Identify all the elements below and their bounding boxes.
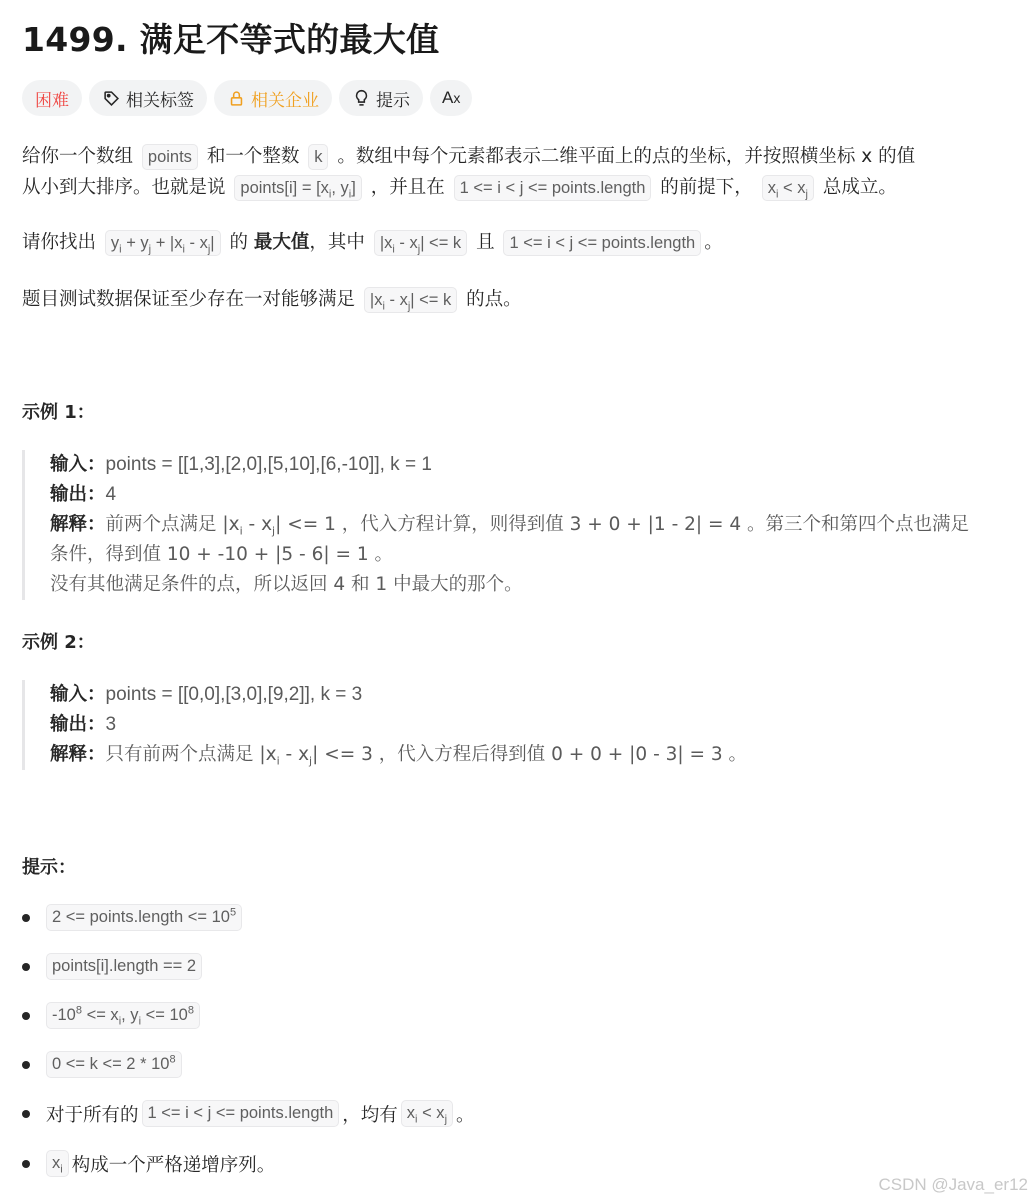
inline-code: 0 <= k <= 2 * 108 <box>46 1051 182 1078</box>
example-1-output: 输出：4 <box>50 480 1032 510</box>
text: 的点。 <box>466 289 522 310</box>
inline-code: yi + yj + |xi - xj| <box>105 230 221 256</box>
lock-icon <box>227 89 245 107</box>
bullet <box>22 1012 30 1020</box>
constraint-item: -108 <= xi, yi <= 108 <box>22 1002 203 1029</box>
bullet <box>22 914 30 922</box>
label: 输出： <box>50 484 106 505</box>
inline-code: xi < xj <box>401 1100 453 1127</box>
inline-code: points <box>142 144 198 170</box>
text: 。数组中每个元素都表示二维平面上的点的坐标，并按照横坐标 x 的值 <box>337 146 915 167</box>
inline-code: |xi - xj| <= k <box>364 287 457 313</box>
example-2-input: 输入：points = [[0,0],[3,0],[9,2]], k = 3 <box>50 680 1032 710</box>
value: 4 <box>106 484 117 505</box>
label: 输入： <box>50 684 106 705</box>
problem-title: 1499. 满足不等式的最大值 <box>22 14 439 61</box>
example-1-block: 输入：points = [[1,3],[2,0],[5,10],[6,-10]]… <box>22 450 1032 600</box>
value: points = [[0,0],[3,0],[9,2]], k = 3 <box>106 684 363 705</box>
bold-text: 最大值 <box>254 232 310 253</box>
text: 从小到大排序。也就是说 <box>22 177 226 198</box>
value: points = [[1,3],[2,0],[5,10],[6,-10]], k… <box>106 454 432 475</box>
text: 的 <box>229 232 248 253</box>
inline-code: |xi - xj| <= k <box>374 230 467 256</box>
text: 题目测试数据保证至少存在一对能够满足 <box>22 289 355 310</box>
text: 和一个整数 <box>207 146 300 167</box>
lightbulb-icon <box>352 89 370 107</box>
description-paragraph-2: 请你找出 yi + yj + |xi - xj| 的 最大值，其中 |xi - … <box>22 227 723 259</box>
inline-code: xi < xj <box>762 175 814 201</box>
example-2-output: 输出：3 <box>50 710 1032 740</box>
text: ，其中 <box>309 232 365 253</box>
constraint-item: 2 <= points.length <= 105 <box>22 904 245 931</box>
constraint-item: xi 构成一个严格递增序列。 <box>22 1150 275 1177</box>
inline-code: points[i].length == 2 <box>46 953 202 980</box>
constraints-heading: 提示： <box>22 853 76 879</box>
translate-icon: Ax <box>442 88 460 108</box>
text: 请你找出 <box>22 232 96 253</box>
label: 解释： <box>50 744 106 765</box>
example-2-explanation: 解释：只有前两个点满足 |xi - xj| <= 3 ，代入方程后得到值 0 +… <box>50 740 1032 770</box>
related-tags-button[interactable]: 相关标签 <box>89 80 207 116</box>
constraint-item: 对于所有的 1 <= i < j <= points.length，均有 xi … <box>22 1100 475 1127</box>
watermark: CSDN @Java_er12 <box>878 1175 1028 1195</box>
tag-icon <box>102 89 120 107</box>
text: 对于所有的 <box>46 1101 139 1127</box>
bullet <box>22 1160 30 1168</box>
text: 。 <box>456 1101 475 1127</box>
related-tags-label: 相关标签 <box>126 86 194 111</box>
inline-code: xi <box>46 1150 69 1177</box>
text: 构成一个严格递增序列。 <box>72 1151 276 1177</box>
tag-bar: 困难 相关标签 相关企业 提示 Ax <box>22 80 472 116</box>
inline-code: 1 <= i < j <= points.length <box>454 175 652 201</box>
value: 3 <box>106 714 117 735</box>
related-companies-label: 相关企业 <box>251 86 319 111</box>
text: 给你一个数组 <box>22 146 133 167</box>
example-1-explanation: 解释：前两个点满足 |xi - xj| <= 1 ，代入方程计算，则得到值 3 … <box>50 510 1032 540</box>
inline-code: -108 <= xi, yi <= 108 <box>46 1002 200 1029</box>
bullet <box>22 1061 30 1069</box>
related-companies-button[interactable]: 相关企业 <box>214 80 332 116</box>
example-2-heading: 示例 2： <box>22 628 95 654</box>
example-1-explanation-line-3: 没有其他满足条件的点，所以返回 4 和 1 中最大的那个。 <box>50 570 1032 600</box>
label: 解释： <box>50 514 106 535</box>
inline-code: 1 <= i < j <= points.length <box>503 230 701 256</box>
label: 输入： <box>50 454 106 475</box>
example-1-input: 输入：points = [[1,3],[2,0],[5,10],[6,-10]]… <box>50 450 1032 480</box>
example-2-block: 输入：points = [[0,0],[3,0],[9,2]], k = 3 输… <box>22 680 1032 770</box>
value: 只有前两个点满足 |xi - xj| <= 3 ，代入方程后得到值 0 + 0 … <box>106 744 748 765</box>
hint-label: 提示 <box>376 86 410 111</box>
difficulty-label: 困难 <box>35 86 69 111</box>
inline-code: points[i] = [xi, yi] <box>234 175 361 201</box>
hint-button[interactable]: 提示 <box>339 80 423 116</box>
inline-code: 1 <= i < j <= points.length <box>142 1100 340 1127</box>
text: 总成立。 <box>823 177 897 198</box>
bullet <box>22 1110 30 1118</box>
difficulty-badge[interactable]: 困难 <box>22 80 82 116</box>
constraint-item: 0 <= k <= 2 * 108 <box>22 1051 185 1078</box>
inline-code: 2 <= points.length <= 105 <box>46 904 242 931</box>
description-paragraph-3: 题目测试数据保证至少存在一对能够满足 |xi - xj| <= k 的点。 <box>22 284 522 316</box>
text: 。 <box>704 232 723 253</box>
example-1-heading: 示例 1： <box>22 398 95 424</box>
description-paragraph-1: 给你一个数组 points 和一个整数 k 。数组中每个元素都表示二维平面上的点… <box>22 141 915 173</box>
bullet <box>22 963 30 971</box>
inline-code: k <box>308 144 328 170</box>
description-paragraph-1-line-2: 从小到大排序。也就是说 points[i] = [xi, yi] ，并且在 1 … <box>22 172 897 204</box>
text: ，均有 <box>342 1101 398 1127</box>
example-1-explanation-line-2: 条件，得到值 10 + -10 + |5 - 6| = 1 。 <box>50 540 1032 570</box>
constraint-item: points[i].length == 2 <box>22 953 205 980</box>
text: 且 <box>476 232 495 253</box>
text: ，并且在 <box>371 177 445 198</box>
text: 的前提下， <box>660 177 753 198</box>
label: 输出： <box>50 714 106 735</box>
value: 前两个点满足 |xi - xj| <= 1 ，代入方程计算，则得到值 3 + 0… <box>106 514 970 535</box>
translate-button[interactable]: Ax <box>430 80 472 116</box>
